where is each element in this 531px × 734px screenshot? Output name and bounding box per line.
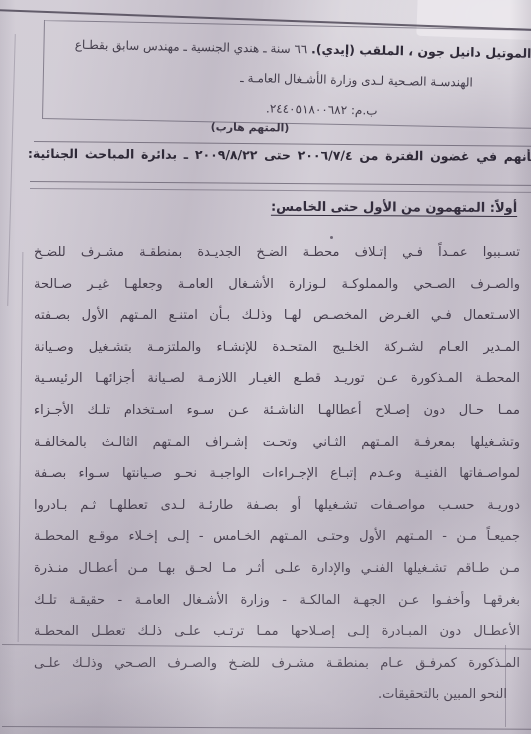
body-line: مـن طـاقم تشـغيلها الفنـي والإدارة علـى … xyxy=(34,553,520,585)
body-line: النحو المبين بالتحقيقات. xyxy=(34,679,520,711)
body-line: تسـببوا عمـداً فـي إتـلاف محطـة الضـخ ال… xyxy=(34,237,520,269)
body-line: وتشـغيلها بمعرفـة المـتهم الثـاني وتحـت … xyxy=(34,427,520,459)
body-line: ممـا حـال دون إصـلاح أعطالهـا الناشـئة ع… xyxy=(34,395,520,427)
charge-period-line: لأنهم في غضون الفترة من ٢٠٠٦/٧/٤ حتى ٢٠٠… xyxy=(28,146,531,173)
left-margin-line xyxy=(18,252,24,642)
body-line: جميعـاً مـن - المـتهم الأول وحتـى المـته… xyxy=(34,521,520,553)
ruled-line-below-charge-1 xyxy=(30,181,531,186)
body-line: بغرقهـا وأخفـوا عـن الجهـة المالكـة - وز… xyxy=(34,585,520,617)
body-line: المـذكورة كمرفـق عـام بمنطقـة مشـرف للضـ… xyxy=(34,648,520,680)
accused-details: ٦٦ سنة ـ هندي الجنسية ـ مهندس سابق بقطـا… xyxy=(75,38,312,57)
body-line: الأعطـال دون المبـادرة إلـى إصـلاحها ممـ… xyxy=(34,616,520,648)
body-line: والصـرف الصـحي والمملوكـة لـوزارة الأشـغ… xyxy=(34,269,520,301)
charge-body-paragraph: تسـببوا عمـداً فـي إتـلاف محطـة الضـخ ال… xyxy=(34,237,520,711)
body-line: دوريـة حسـب مواصـفات تشـغيلها أو بصـفة ط… xyxy=(34,490,520,522)
ruled-line-bottom xyxy=(2,726,531,730)
scanned-document-page: الموتيل دانيل جون ، الملقب (إيدي). ٦٦ سن… xyxy=(0,0,531,734)
body-line: الاسـتعمال فـي الغـرض المخصـص لهـا وذلـك… xyxy=(34,300,520,332)
body-line: لمواصـفاتها الفنيـة وعـدم إتبـاع الإجـرا… xyxy=(34,458,520,490)
body-line: المحطـة المـذكورة عـن توريـد قطـع الغيـا… xyxy=(34,363,520,395)
accused-info-box: الموتيل دانيل جون ، الملقب (إيدي). ٦٦ سن… xyxy=(42,20,531,129)
left-paper-fold-line xyxy=(7,34,16,306)
section-heading-first: أولاً: المتهمون من الأول حتى الخامس: xyxy=(271,200,517,216)
body-line: المـدير العـام لشـركة الخلـيج المتحـدة ل… xyxy=(34,332,520,364)
accused-name: الموتيل دانيل جون ، الملقب (إيدي). xyxy=(311,41,531,60)
ruled-line-below-charge-2 xyxy=(30,188,531,193)
